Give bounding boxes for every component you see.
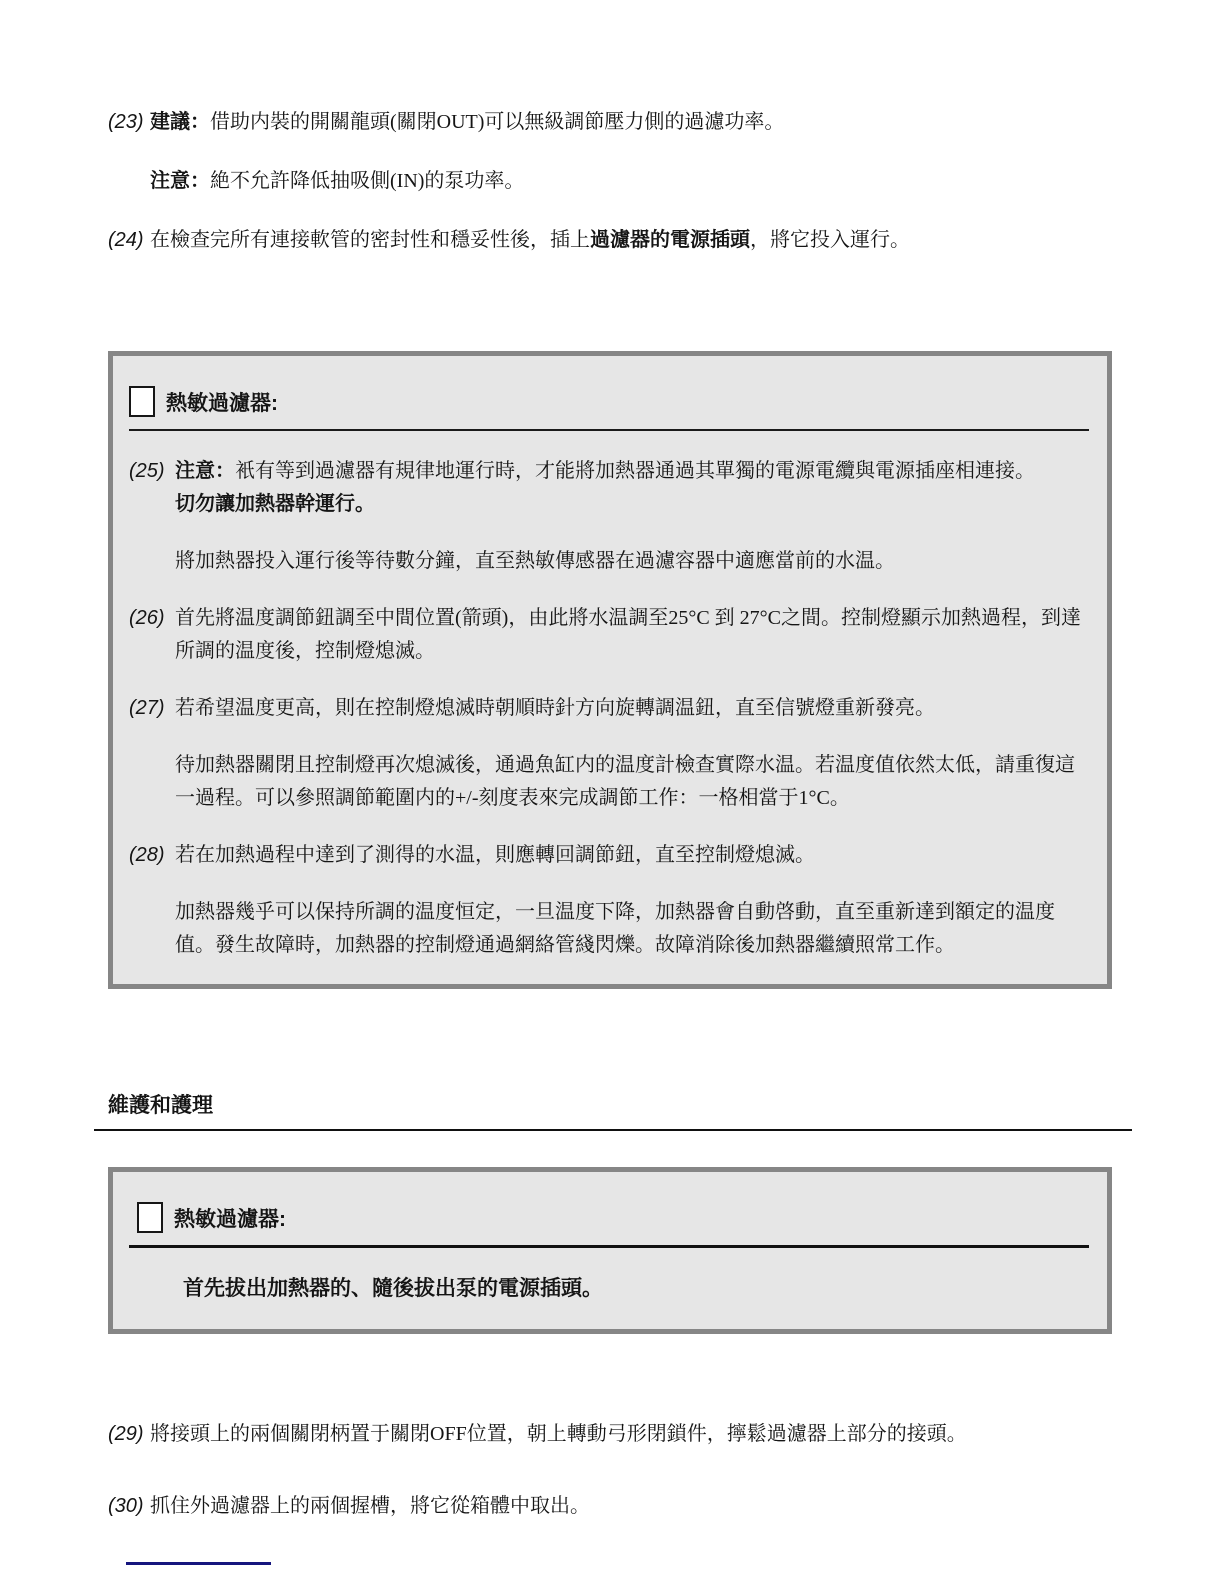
- item-number: (28): [129, 839, 175, 872]
- item-number: (24): [108, 224, 150, 257]
- item-number: (30): [108, 1490, 150, 1523]
- instruction-item-29: (29) 將接頭上的兩個關閉柄置于關閉OFF位置，朝上轉動弓形閉鎖件，擰鬆過濾器…: [108, 1418, 1112, 1451]
- instruction-item-25: (25) 注意：衹有等到過濾器有規律地運行時，才能將加熱器通過其單獨的電源電纜與…: [129, 455, 1089, 521]
- thermo-filter-box: 熱敏過濾器: (25) 注意：衹有等到過濾器有規律地運行時，才能將加熱器通過其單…: [108, 351, 1112, 989]
- note-label: 注意：: [175, 460, 235, 482]
- item-text: 首先將温度調節鈕調至中間位置(箭頭)，由此將水温調至25°C 到 27°C之間。…: [175, 602, 1089, 668]
- document-page: (23) 建議：借助内裝的開關龍頭(關閉OUT)可以無級調節壓力側的過濾功率。 …: [0, 0, 1224, 1584]
- suggestion-label: 建議：: [150, 111, 210, 133]
- note-text: 絶不允許降低抽吸側(IN)的泵功率。: [210, 170, 524, 192]
- instruction-item-23: (23) 建議：借助内裝的開關龍頭(關閉OUT)可以無級調節壓力側的過濾功率。: [108, 106, 1112, 139]
- instruction-item-24: (24) 在檢查完所有連接軟管的密封性和穩妥性後，插上過濾器的電源插頭，將它投入…: [108, 224, 1112, 257]
- item-body: 注意：絶不允許降低抽吸側(IN)的泵功率。: [150, 165, 1112, 198]
- item-number: (26): [129, 602, 175, 635]
- thermo-filter-maintenance-box: 熱敏過濾器: 首先拔出加熱器的、隨後拔出泵的電源插頭。: [108, 1167, 1112, 1334]
- item-body: 在檢查完所有連接軟管的密封性和穩妥性後，插上過濾器的電源插頭，將它投入運行。: [150, 224, 1112, 257]
- item-text-bold: 過濾器的電源插頭: [590, 229, 750, 251]
- paragraph-temp-check: 待加熱器關閉且控制燈再次熄滅後，通過魚缸内的温度計檢查實際水温。若温度值依然太低…: [129, 749, 1089, 815]
- box-title: 熱敏過濾器:: [166, 387, 278, 417]
- instruction-note-23: 注意：絶不允許降低抽吸側(IN)的泵功率。: [108, 165, 1112, 198]
- item-number: (25): [129, 455, 175, 488]
- instruction-item-28: (28) 若在加熱過程中達到了測得的水温，則應轉回調節鈕，直至控制燈熄滅。: [129, 839, 1089, 872]
- footnote-divider: [126, 1562, 271, 1565]
- checkbox-icon: [137, 1202, 163, 1233]
- box-header: 熱敏過濾器:: [129, 372, 1089, 431]
- checkbox-icon: [129, 386, 155, 417]
- item-text: 若希望温度更高，則在控制燈熄滅時朝順時針方向旋轉調温鈕，直至信號燈重新發亮。: [175, 692, 1089, 725]
- item-number: (29): [108, 1418, 150, 1451]
- instruction-item-26: (26) 首先將温度調節鈕調至中間位置(箭頭)，由此將水温調至25°C 到 27…: [129, 602, 1089, 668]
- item-text: 借助内裝的開關龍頭(關閉OUT)可以無級調節壓力側的過濾功率。: [210, 111, 784, 133]
- item-text: 將接頭上的兩個關閉柄置于關閉OFF位置，朝上轉動弓形閉鎖件，擰鬆過濾器上部分的接…: [150, 1418, 1112, 1451]
- paragraph-heater-wait: 將加熱器投入運行後等待數分鐘，直至熱敏傳感器在過濾容器中適應當前的水温。: [129, 545, 1089, 578]
- instruction-item-30: (30) 抓住外過濾器上的兩個握槽，將它從箱體中取出。: [108, 1490, 1112, 1523]
- item-text: 衹有等到過濾器有規律地運行時，才能將加熱器通過其單獨的電源電纜與電源插座相連接。: [235, 460, 1035, 482]
- bottom-instructions: (29) 將接頭上的兩個關閉柄置于關閉OFF位置，朝上轉動弓形閉鎖件，擰鬆過濾器…: [108, 1418, 1112, 1523]
- item-number: (23): [108, 106, 150, 139]
- item-number: (27): [129, 692, 175, 725]
- item-body: 建議：借助内裝的開關龍頭(關閉OUT)可以無級調節壓力側的過濾功率。: [150, 106, 1112, 139]
- item-text-post: ，將它投入運行。: [750, 229, 910, 251]
- item-text: 若在加熱過程中達到了測得的水温，則應轉回調節鈕，直至控制燈熄滅。: [175, 839, 1089, 872]
- box-header: 熱敏過濾器:: [129, 1188, 1089, 1248]
- box-instruction-text: 首先拔出加熱器的、隨後拔出泵的電源插頭。: [129, 1272, 1089, 1305]
- note-label: 注意：: [150, 170, 210, 192]
- box-title: 熱敏過濾器:: [174, 1203, 286, 1233]
- paragraph-heater-constant: 加熱器幾乎可以保持所調的温度恒定，一旦温度下降，加熱器會自動啓動，直至重新達到額…: [129, 896, 1089, 962]
- instruction-item-27: (27) 若希望温度更高，則在控制燈熄滅時朝順時針方向旋轉調温鈕，直至信號燈重新…: [129, 692, 1089, 725]
- item-body: 注意：衹有等到過濾器有規律地運行時，才能將加熱器通過其單獨的電源電纜與電源插座相…: [175, 455, 1089, 521]
- item-bold-line: 切勿讓加熱器幹運行。: [175, 493, 375, 515]
- section-heading-maintenance: 維護和護理: [94, 1089, 1132, 1131]
- item-text-pre: 在檢查完所有連接軟管的密封性和穩妥性後，插上: [150, 229, 590, 251]
- item-text: 抓住外過濾器上的兩個握槽，將它從箱體中取出。: [150, 1490, 1112, 1523]
